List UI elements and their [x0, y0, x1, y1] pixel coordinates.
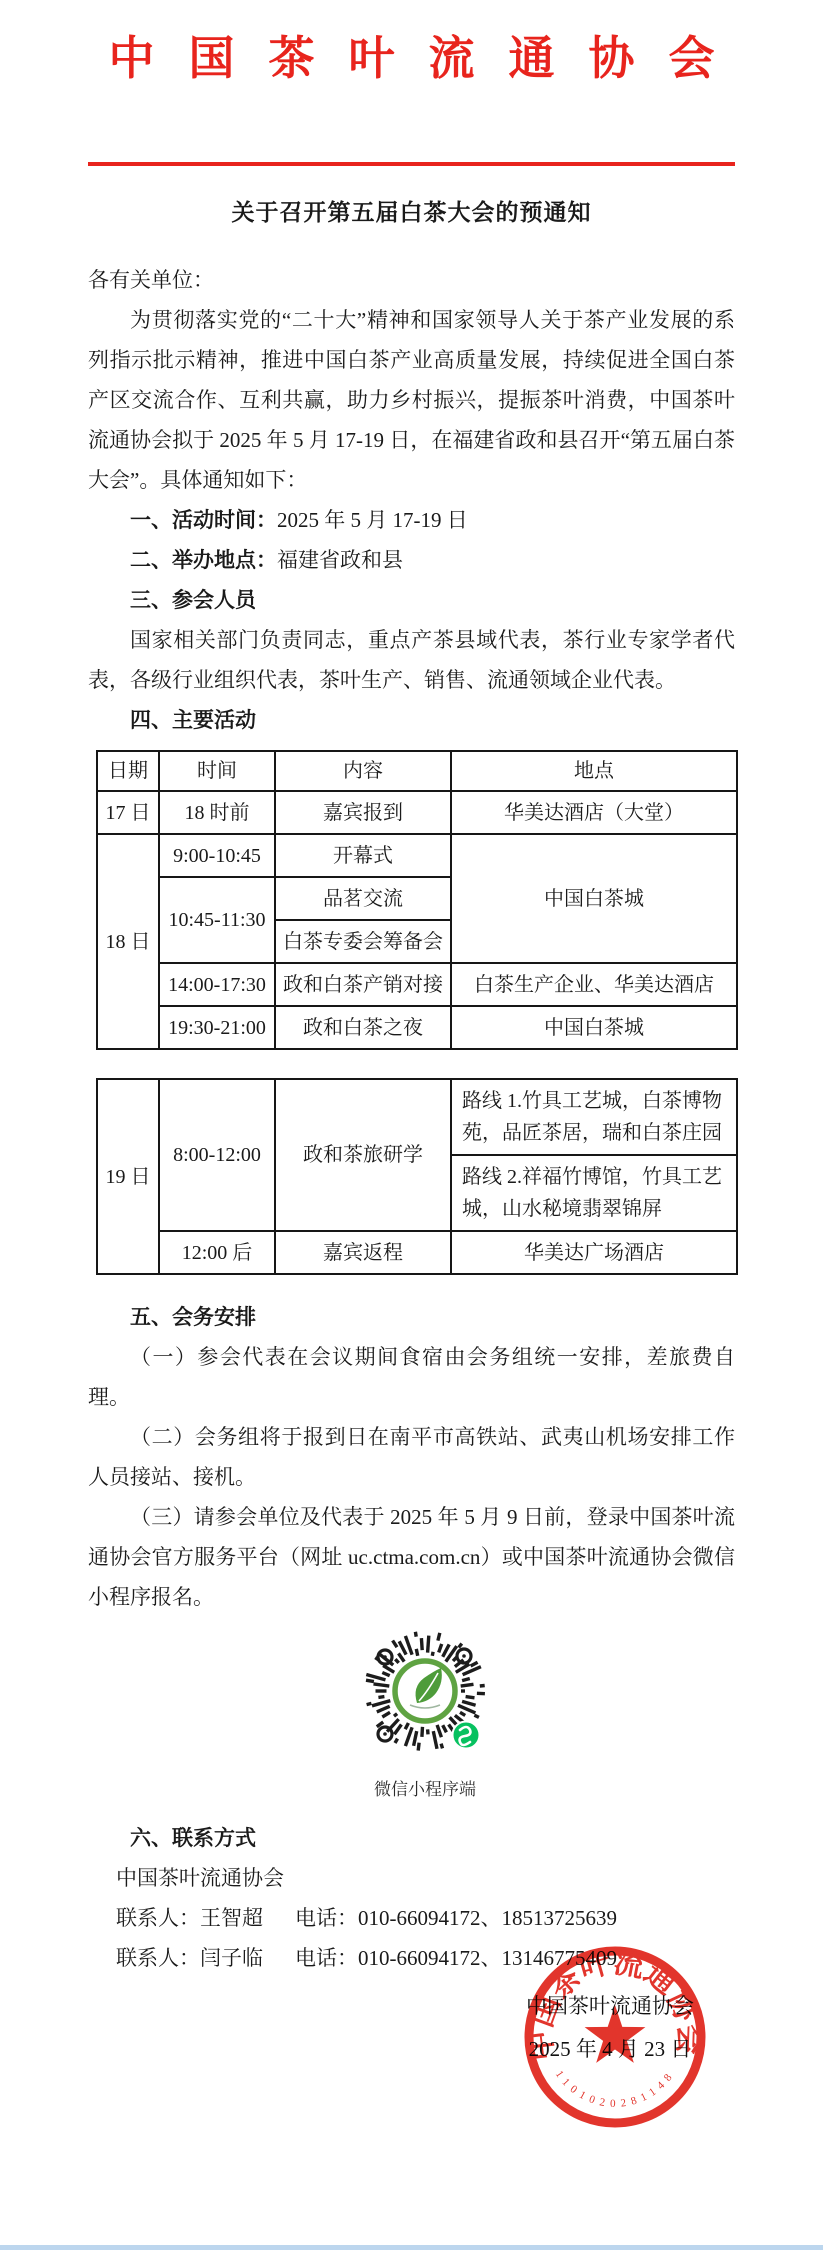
cell-time: 19:30-21:00 — [159, 1006, 275, 1049]
cell-place: 中国白茶城 — [451, 834, 737, 963]
section-5-heading: 五、会务安排 — [88, 1297, 735, 1337]
section-3-heading: 三、参会人员 — [88, 580, 735, 620]
cell-content: 政和白茶之夜 — [275, 1006, 451, 1049]
col-header-date: 日期 — [97, 751, 159, 791]
document-body: 各有关单位： 为贯彻落实党的“二十大”精神和国家领导人关于茶产业发展的系列指示批… — [88, 260, 735, 1978]
cell-content: 政和白茶产销对接 — [275, 963, 451, 1006]
contact-line-1: 联系人：王智超电话：010-66094172、18513725639 — [116, 1898, 735, 1938]
contact-phone-2: 电话：010-66094172、13146775409 — [295, 1946, 617, 1970]
section-2-value: 福建省政和县 — [277, 548, 403, 572]
qr-code-graphic — [360, 1629, 490, 1759]
cell-place: 华美达酒店（大堂） — [451, 791, 737, 834]
table-row: 12:00 后 嘉宾返程 华美达广场酒店 — [97, 1231, 737, 1274]
cell-place-route2: 路线 2.祥福竹博馆，竹具工艺城，山水秘境翡翠锦屏 — [451, 1155, 737, 1231]
table-row: 14:00-17:30 政和白茶产销对接 白茶生产企业、华美达酒店 — [97, 963, 737, 1006]
section-5-item-2: （二）会务组将于报到日在南平市高铁站、武夷山机场安排工作人员接站、接机。 — [88, 1417, 735, 1497]
cell-place-route1: 路线 1.竹具工艺城，白茶博物苑，品匠茶居，瑞和白茶庄园 — [451, 1079, 737, 1155]
cell-time: 14:00-17:30 — [159, 963, 275, 1006]
table-row: 19:30-21:00 政和白茶之夜 中国白茶城 — [97, 1006, 737, 1049]
cell-content: 品茗交流 — [275, 877, 451, 920]
section-4-heading: 四、主要活动 — [88, 700, 735, 740]
signature-org: 中国茶叶流通协会 — [500, 1985, 720, 2028]
wechat-miniprogram-qr-code: 微信小程序端 — [360, 1629, 490, 1802]
cell-place: 白茶生产企业、华美达酒店 — [451, 963, 737, 1006]
contact-org: 中国茶叶流通协会 — [116, 1858, 735, 1898]
seal-number: 1101020281148 — [553, 2069, 676, 2110]
cell-content: 白茶专委会筹备会 — [275, 920, 451, 963]
document-title: 关于召开第五届白茶大会的预通知 — [88, 196, 735, 230]
letterhead-divider — [88, 162, 735, 166]
contact-person-2: 联系人：闫子临 — [116, 1938, 263, 1978]
col-header-content: 内容 — [275, 751, 451, 791]
contact-block: 中国茶叶流通协会 联系人：王智超电话：010-66094172、18513725… — [116, 1858, 735, 1978]
section-2-place: 二、举办地点：福建省政和县 — [88, 540, 735, 580]
cell-time: 9:00-10:45 — [159, 834, 275, 877]
table-header-row: 日期 时间 内容 地点 — [97, 751, 737, 791]
document-page: 中国茶叶流通协会 关于召开第五届白茶大会的预通知 各有关单位： 为贯彻落实党的“… — [0, 0, 823, 2250]
col-header-time: 时间 — [159, 751, 275, 791]
section-5-item-1: （一）参会代表在会议期间食宿由会务组统一安排，差旅费自理。 — [88, 1337, 735, 1417]
table-row: 17 日 18 时前 嘉宾报到 华美达酒店（大堂） — [97, 791, 737, 834]
salutation: 各有关单位： — [88, 260, 735, 300]
letterhead-org-name: 中国茶叶流通协会 — [0, 0, 823, 92]
col-header-place: 地点 — [451, 751, 737, 791]
cell-time: 10:45-11:30 — [159, 877, 275, 963]
cell-date: 18 日 — [97, 834, 159, 1049]
cell-content: 嘉宾报到 — [275, 791, 451, 834]
section-1-time: 一、活动时间：2025 年 5 月 17-19 日 — [88, 500, 735, 540]
qr-caption: 微信小程序端 — [360, 1778, 490, 1802]
cell-place: 华美达广场酒店 — [451, 1231, 737, 1274]
cell-content: 嘉宾返程 — [275, 1231, 451, 1274]
cell-time: 18 时前 — [159, 791, 275, 834]
section-1-value: 2025 年 5 月 17-19 日 — [277, 508, 468, 532]
contact-person-1: 联系人：王智超 — [116, 1898, 263, 1938]
cell-date: 19 日 — [97, 1079, 159, 1274]
signature-date: 2025 年 4 月 23 日 — [500, 2028, 720, 2071]
cell-time: 12:00 后 — [159, 1231, 275, 1274]
cell-time: 8:00-12:00 — [159, 1079, 275, 1231]
contact-line-2: 联系人：闫子临电话：010-66094172、13146775409 — [116, 1938, 735, 1978]
contact-phone-1: 电话：010-66094172、18513725639 — [295, 1906, 617, 1930]
schedule-table-day19: 19 日 8:00-12:00 政和茶旅研学 路线 1.竹具工艺城，白茶博物苑，… — [96, 1078, 738, 1275]
intro-paragraph: 为贯彻落实党的“二十大”精神和国家领导人关于茶产业发展的系列指示批示精神，推进中… — [88, 300, 735, 500]
table-row: 18 日 9:00-10:45 开幕式 中国白茶城 — [97, 834, 737, 877]
section-5-item-3: （三）请参会单位及代表于 2025 年 5 月 9 日前，登录中国茶叶流通协会官… — [88, 1497, 735, 1617]
signature-block: 中国茶叶流通协会 2025 年 4 月 23 日 — [500, 1985, 720, 2071]
section-6-heading: 六、联系方式 — [88, 1818, 735, 1858]
schedule-table-day17-18: 日期 时间 内容 地点 17 日 18 时前 嘉宾报到 华美达酒店（大堂） 18… — [96, 750, 738, 1050]
section-2-label: 二、举办地点： — [130, 548, 277, 572]
cell-content: 开幕式 — [275, 834, 451, 877]
cell-date: 17 日 — [97, 791, 159, 834]
section-1-label: 一、活动时间： — [130, 508, 277, 532]
section-3-body: 国家相关部门负责同志，重点产茶县域代表，茶行业专家学者代表，各级行业组织代表，茶… — [88, 620, 735, 700]
table-row: 19 日 8:00-12:00 政和茶旅研学 路线 1.竹具工艺城，白茶博物苑，… — [97, 1079, 737, 1155]
cell-content: 政和茶旅研学 — [275, 1079, 451, 1231]
page-bottom-border — [0, 2245, 823, 2250]
cell-place: 中国白茶城 — [451, 1006, 737, 1049]
